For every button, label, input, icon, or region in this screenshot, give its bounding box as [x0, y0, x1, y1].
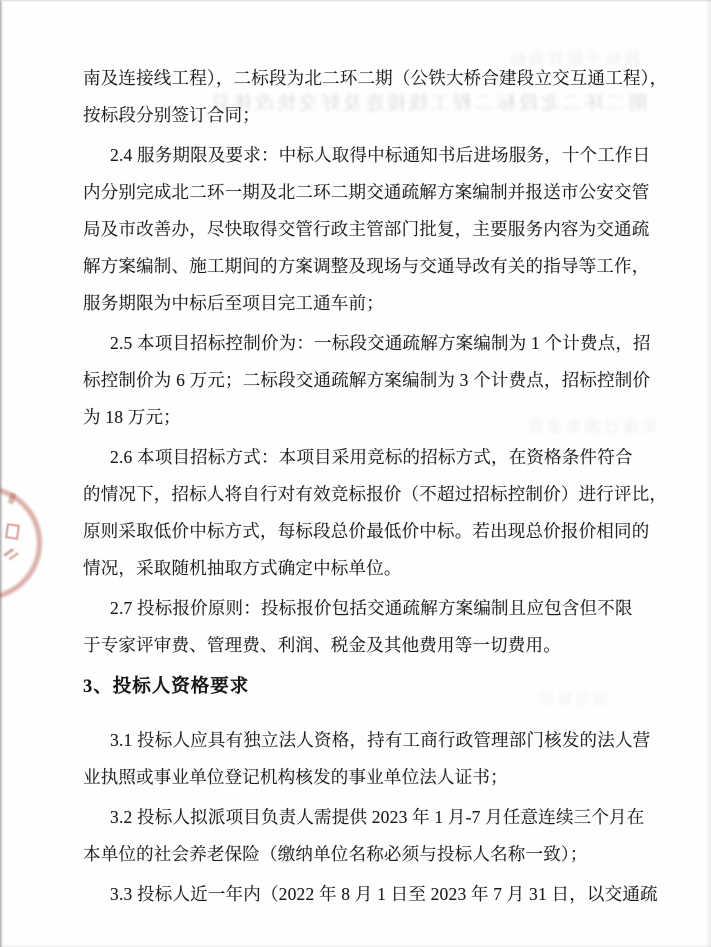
section-3-heading: 3、投标人资格要求 — [83, 669, 683, 706]
paragraph-3-3-recent-year: 3.3 投标人近一年内（2022 年 8 月 1 日至 2023 年 7 月 3… — [83, 876, 683, 913]
document-page: 段标干服咨询标 期二环二北段标二程工线接连及好交快改体总 实落已源来金资 围范标… — [0, 0, 711, 947]
paragraph-3-2-project-manager: 3.2 投标人拟派项目负责人需提供 2023 年 1 月-7 月任意连续三个月在… — [83, 799, 683, 873]
scan-edge-top — [0, 0, 711, 2]
red-seal-stamp — [0, 486, 42, 600]
paragraph-3-1-legal-person: 3.1 投标人应具有独立法人资格，持有工商行政管理部门核发的法人营 业执照或事业… — [83, 722, 683, 796]
scan-edge-left — [0, 0, 3, 947]
paragraph-2-6-bid-method: 2.6 本项目招标方式：本项目采用竞标的招标方式，在资格条件符合 的情况下，招标… — [83, 439, 683, 587]
scan-edge-right — [706, 0, 711, 947]
paragraph-2-5-control-price: 2.5 本项目招标控制价为：一标段交通疏解方案编制为 1 个计费点，招 标控制价… — [83, 325, 683, 436]
paragraph-2-7-quote-principle: 2.7 投标报价原则：投标报价包括交通疏解方案编制且应包含但不限 于专家评审费、… — [83, 590, 683, 664]
paragraph-2-3-continuation: 南及连接线工程），二标段为北二环二期（公铁大桥合建段立交互通工程）， 按标段分别… — [83, 60, 683, 134]
paragraph-2-4-service-term: 2.4 服务期限及要求：中标人取得中标通知书后进场服务，十个工作日 内分别完成北… — [83, 137, 683, 322]
document-body: 南及连接线工程），二标段为北二环二期（公铁大桥合建段立交互通工程）， 按标段分别… — [83, 60, 683, 916]
